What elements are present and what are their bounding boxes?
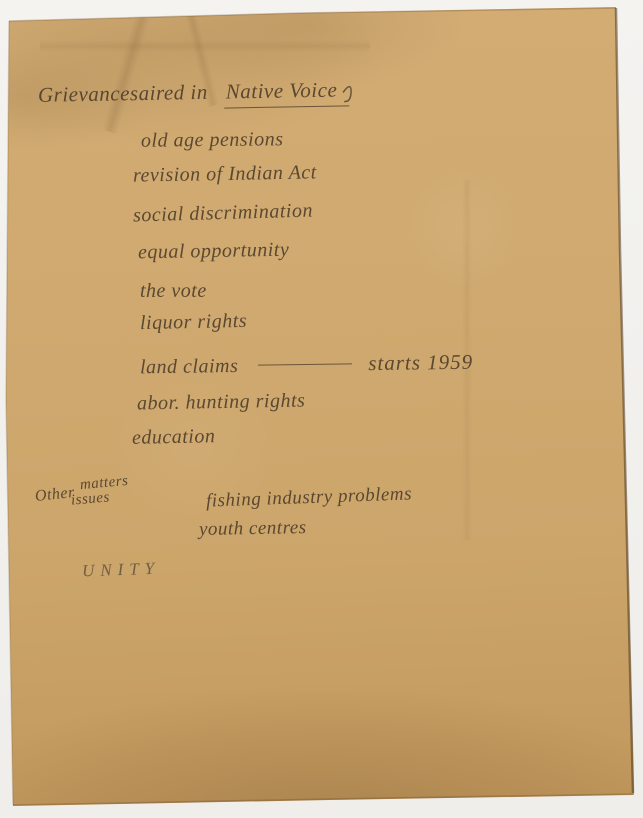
land-claims-note: starts 1959 [368, 350, 473, 375]
other-item: youth centres [199, 517, 307, 541]
page-title: Grievancesaired inNative Voice [38, 77, 362, 110]
scanned-page: Grievancesaired inNative Voice old age p… [0, 0, 643, 818]
other-section-word: issues [70, 489, 110, 509]
paper-sheet: Grievancesaired inNative Voice old age p… [0, 0, 643, 818]
unity-note: UNITY [82, 559, 161, 582]
underline-flourish-icon [341, 80, 361, 104]
other-section-label: Other [34, 484, 75, 506]
grievance-item: education [132, 425, 216, 450]
paper-crease [40, 40, 370, 52]
grievance-text: land claims [140, 355, 239, 378]
grievance-item: the vote [140, 280, 207, 303]
other-item: fishing industry problems [206, 483, 413, 512]
grievance-item: equal opportunity [138, 239, 290, 265]
title-middle: aired in [138, 80, 208, 105]
grievance-item: old age pensions [141, 128, 284, 152]
grievance-item: social discrimination [133, 199, 314, 227]
grievance-item: liquor rights [140, 310, 248, 335]
grievance-item: revision of Indian Act [133, 161, 317, 187]
grievance-item: abor. hunting rights [137, 390, 306, 416]
paper-crease [102, 14, 150, 134]
title-underlined: Native Voice [224, 77, 350, 108]
grievance-item-land-claims: land claimsstarts 1959 [140, 350, 474, 380]
title-prefix: Grievances [38, 81, 139, 107]
land-claims-dash [258, 363, 352, 365]
